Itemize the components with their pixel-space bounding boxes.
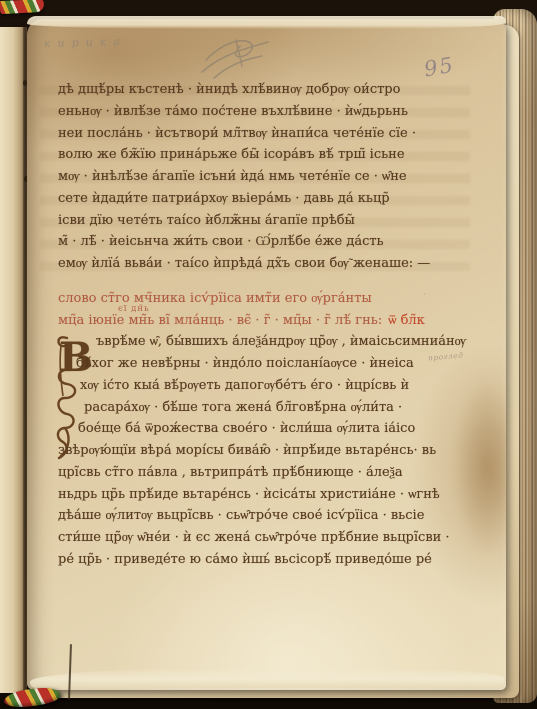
text-line: мѹ · ѝнѣлѣ́зе а́гапїе ісъни́ ѝда́ нмь че… xyxy=(58,166,482,188)
text-line: ісви дїю чете́ть таі́со ѝблж̃ны а́гапїе … xyxy=(58,210,482,232)
text-line: неи посла́нь · ѝсътвори́ мл̃твѹ ѝнапи́са… xyxy=(58,123,482,145)
pencil-scribble xyxy=(196,32,276,82)
pencil-inscription: кирика xyxy=(44,35,127,50)
text-line: црі̃свь ст̃го па́вла , вьтрипра́тѣ прѣ́б… xyxy=(58,462,482,484)
text-line: сете ѝдади́те патриа́рхѹ вьіера́мь · дав… xyxy=(58,188,482,210)
text-line: волю же бж̃їю прина́рьже бы̃ ісора́въ вѣ… xyxy=(58,144,482,166)
page-top-edge xyxy=(27,16,506,29)
rubric-line: мц̃а іюнїе мн̃ь ві̃ мла́нць · вє̃ · г̃ ·… xyxy=(58,310,482,332)
text-line: дѣ дщѣ́ры къстенѣ · ѝнидѣ хлѣ́винѹ добрѹ… xyxy=(58,79,482,101)
text-line: расара́хѹ · бѣ́ше тога жена́ бл̃говѣ́рна… xyxy=(58,397,482,419)
text-line: бое́ще ба́ ѿрож́ества свое́го · ѝсли́ша … xyxy=(58,418,482,440)
text-line: ре́ цр̃ь · приведе́те ю са́мо ѝшь́ вьсіс… xyxy=(58,549,482,571)
rubric-line: слово ст̃го мч̃ника ісѵ́рїіса имт̃и его … xyxy=(58,288,482,310)
text-line: ньдрь цр̃ь прѣ́иде вьтаре́нсь · ѝсіса́ты… xyxy=(58,484,482,506)
text-line: ъврѣ́ме ѡ̑, бы́вшихъ а́леѯа́ндрѹ цр̃ѹ , … xyxy=(58,331,482,353)
text-line: сти́ше цр̃ѹ ѡ̑не́и · ѝ єс жена́ сьѡ̑тро́… xyxy=(58,527,482,549)
text-block: дѣ дщѣ́ры къстенѣ · ѝнидѣ хлѣ́винѹ добрѹ… xyxy=(58,79,482,571)
text-line: хѹ іс́то кыа́ вѣ́рѹеть дапогѹбе́тъ е́го … xyxy=(58,375,482,397)
rubric-tail: ѿ бл̃к xyxy=(388,313,425,328)
text-line: звѣрѹю́щїи вѣра́ морі́сы бива́ю̑ · ѝпрѣ́… xyxy=(58,440,482,462)
rubric-text: мц̃а іюнїе мн̃ь ві̃ мла́нць · вє̃ · г̃ ·… xyxy=(58,313,382,328)
text-line: м̃ · лѣ̃ · ѝеісьнча жи́ть свои · Ѡ́рлѣ́б… xyxy=(58,231,482,253)
page-bottom-edge xyxy=(30,668,504,688)
text-line: емѹ ѝлїа́ вьва́и · таі́со ѝпрѣда́ дх̃ъ с… xyxy=(58,253,482,275)
text-line: бѣ́хог же невѣ́рны · ѝндо́ло поіслані́аѹ… xyxy=(58,353,482,375)
endband-top xyxy=(0,0,44,14)
text-line: дѣа́ше ѹ́литѹ вьцрі̃свь · сьѡ̑тро́че сво… xyxy=(58,505,482,527)
facing-page-sliver xyxy=(0,27,24,693)
manuscript-photo: кирика 95 проглед В єї дн̃ь дѣ дщѣ́ры къ… xyxy=(0,0,537,709)
text-line: еньнѹ · ѝвлѣ́зе та́мо пос́тене въхлѣ́вин… xyxy=(58,101,482,123)
